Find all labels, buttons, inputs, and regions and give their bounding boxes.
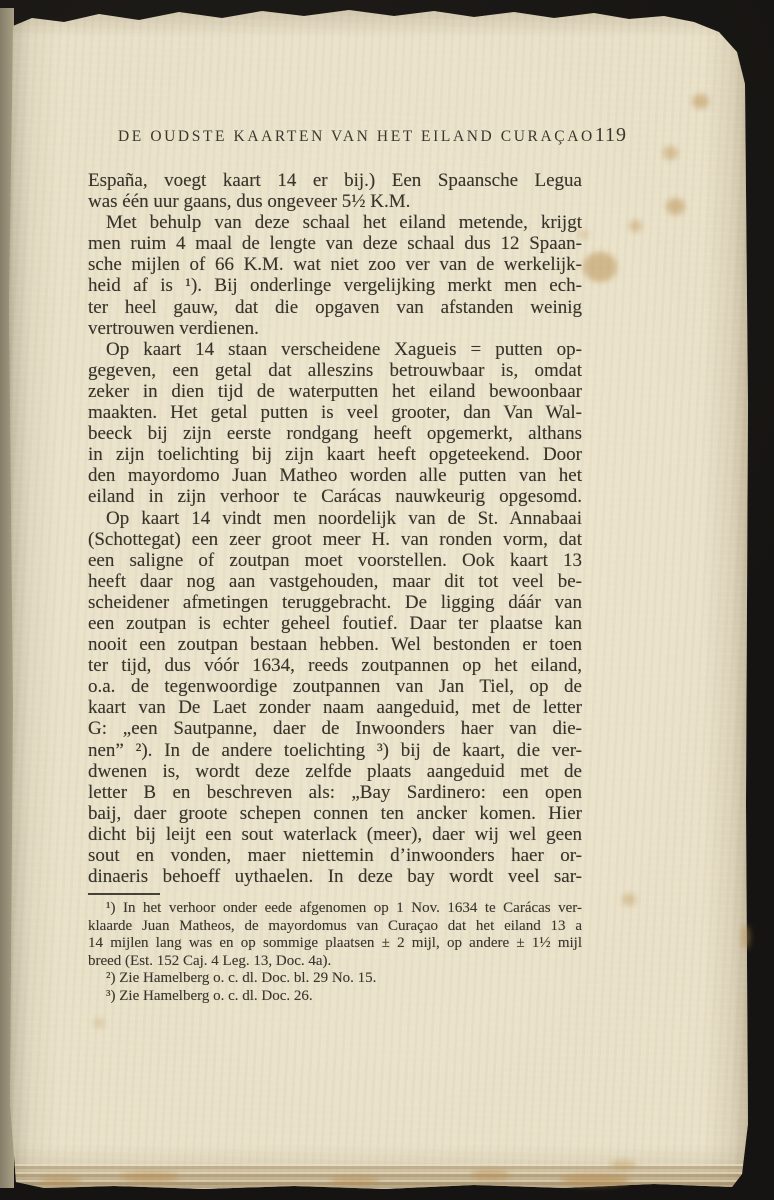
running-head: DE OUDSTE KAARTEN VAN HET EILAND CURAÇAO… [88,124,582,147]
body-line: España, voegt kaart 14 er bij.) Een Spaa… [88,170,582,191]
body-line: was één uur gaans, dus ongeveer 5½ K.M. [88,191,582,212]
body-line: G: „een Sautpanne, daer de Inwoonders ha… [88,718,582,739]
footnotes: ¹) In het verhoor onder eede afgenomen o… [88,900,582,1006]
body-line: beeck bij zijn eerste rondgang heeft opg… [88,423,582,444]
body-line: nen” ²). In de andere toelichting ³) bij… [88,740,582,761]
body-line: (Schottegat) een zeer groot meer H. van … [88,529,582,550]
footnote-line: klaarde Juan Matheos, de mayordomus van … [88,918,582,936]
body-line: heeft daar nog aan vastgehouden, maar di… [88,571,582,592]
body-line: den mayordomo Juan Matheo worden alle pu… [88,465,582,486]
body-line: maakten. Het getal putten is veel groote… [88,402,582,423]
body-line: vertrouwen verdienen. [88,318,582,339]
body-line: letter B en beschreven als: „Bay Sardine… [88,782,582,803]
body-line: dinaeris behoeff uythaelen. In deze bay … [88,866,582,887]
body-line: kaart van De Laet zonder naam aangeduid,… [88,697,582,718]
body-line: dicht bij leijt een sout waterlack (meer… [88,824,582,845]
body-line: ter heel gauw, dat die opgaven van afsta… [88,297,582,318]
running-head-title: DE OUDSTE KAARTEN VAN HET EILAND CURAÇAO [88,128,595,146]
body-line: eiland in zijn verhoor te Carácas nauwke… [88,486,582,507]
body-line: zeker in dien tijd de waterputten het ei… [88,381,582,402]
footnote-line: 14 mijlen lang was en op sommige plaatse… [88,935,582,953]
body-line: in zijn toelichting bij zijn kaart heeft… [88,444,582,465]
footnote-line: breed (Est. 152 Caj. 4 Leg. 13, Doc. 4a)… [88,953,582,971]
footnote-line: ²) Zie Hamelberg o. c. dl. Doc. bl. 29 N… [88,970,582,988]
footnote-line: ¹) In het verhoor onder eede afgenomen o… [88,900,582,918]
scanned-book-page-photo: DE OUDSTE KAARTEN VAN HET EILAND CURAÇAO… [0,0,774,1200]
body-line: men ruim 4 maal de lengte van deze schaa… [88,233,582,254]
body-line: Op kaart 14 staan verscheidene Xagueis =… [88,339,582,360]
body-line: een zoutpan is echter geheel foutief. Da… [88,613,582,634]
body-line: Op kaart 14 vindt men noordelijk van de … [88,508,582,529]
page-number: 119 [595,124,627,147]
body-line: sout en vonden, maer niettemin d’inwoond… [88,845,582,866]
body-line: nooit een zoutpan bestaan hebben. Wel be… [88,634,582,655]
body-line: scheidener afmetingen teruggebracht. De … [88,592,582,613]
body-line: ter tijd, dus vóór 1634, reeds zoutpanne… [88,655,582,676]
body-text: España, voegt kaart 14 er bij.) Een Spaa… [88,170,582,887]
body-line: dwenen is, wordt deze zelfde plaats aang… [88,761,582,782]
book-page: DE OUDSTE KAARTEN VAN HET EILAND CURAÇAO… [4,4,748,1190]
body-line: een saligne of zoutpan moet voorstellen.… [88,550,582,571]
body-line: baij, daer groote schepen connen ten anc… [88,803,582,824]
body-line: heid af is ¹). Bij onderlinge vergelijki… [88,275,582,296]
body-line: gegeven, een getal dat alleszins betrouw… [88,360,582,381]
body-line: sche mijlen of 66 K.M. wat niet zoo ver … [88,254,582,275]
stacked-page-edges [4,1164,748,1190]
body-line: Met behulp van deze schaal het eiland me… [88,212,582,233]
footnote-line: ³) Zie Hamelberg o. c. dl. Doc. 26. [88,988,582,1006]
body-line: o.a. de tegenwoordige zoutpannen van Jan… [88,676,582,697]
footnote-rule [88,893,160,895]
